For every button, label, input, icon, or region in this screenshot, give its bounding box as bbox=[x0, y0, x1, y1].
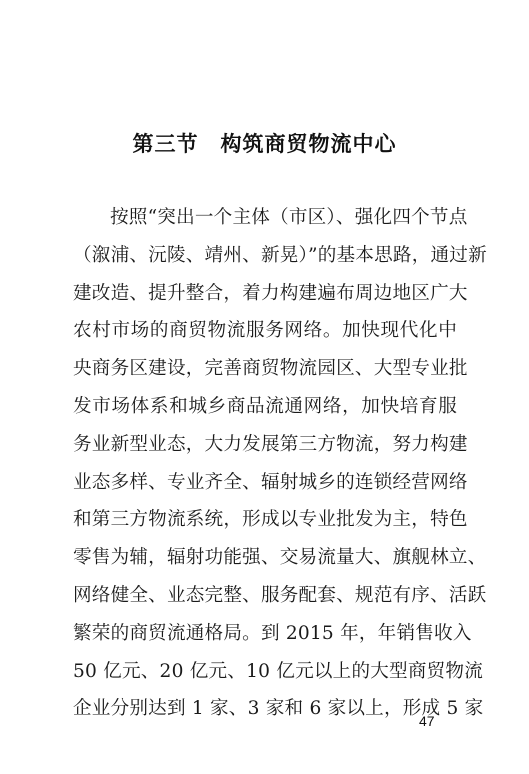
page-number: 47 bbox=[419, 713, 435, 729]
paragraph-line: 业态多样、专业齐全、辐射城乡的连锁经营网络 bbox=[73, 464, 457, 502]
paragraph-line: 农村市场的商贸物流服务网络。加快现代化中 bbox=[73, 312, 457, 350]
paragraph-line: 务业新型业态，大力发展第三方物流，努力构建 bbox=[73, 426, 457, 464]
paragraph-line: 50 亿元、20 亿元、10 亿元以上的大型商贸物流 bbox=[73, 653, 457, 691]
paragraph-line: 繁荣的商贸流通格局。到 2015 年，年销售收入 bbox=[73, 615, 457, 653]
paragraph-line: 发市场体系和城乡商品流通网络，加快培育服 bbox=[73, 388, 457, 426]
paragraph-line: 建改造、提升整合，着力构建遍布周边地区广大 bbox=[73, 275, 457, 313]
paragraph-line: 企业分别达到 1 家、3 家和 6 家以上，形成 5 家 bbox=[73, 690, 457, 728]
section-title: 第三节 构筑商贸物流中心 bbox=[0, 128, 529, 158]
body-paragraph: 按照“突出一个主体（市区）、强化四个节点 （溆浦、沅陵、靖州、新晃）”的基本思路… bbox=[73, 199, 457, 728]
paragraph-line: 和第三方物流系统，形成以专业批发为主，特色 bbox=[73, 501, 457, 539]
paragraph-line: 按照“突出一个主体（市区）、强化四个节点 bbox=[73, 199, 457, 237]
paragraph-line: 网络健全、业态完整、服务配套、规范有序、活跃 bbox=[73, 577, 457, 615]
paragraph-line: 央商务区建设，完善商贸物流园区、大型专业批 bbox=[73, 350, 457, 388]
paragraph-line: 零售为辅，辐射功能强、交易流量大、旗舰林立、 bbox=[73, 539, 457, 577]
paragraph-line: （溆浦、沅陵、靖州、新晃）”的基本思路，通过新 bbox=[73, 237, 457, 275]
document-page: 第三节 构筑商贸物流中心 按照“突出一个主体（市区）、强化四个节点 （溆浦、沅陵… bbox=[0, 0, 529, 774]
